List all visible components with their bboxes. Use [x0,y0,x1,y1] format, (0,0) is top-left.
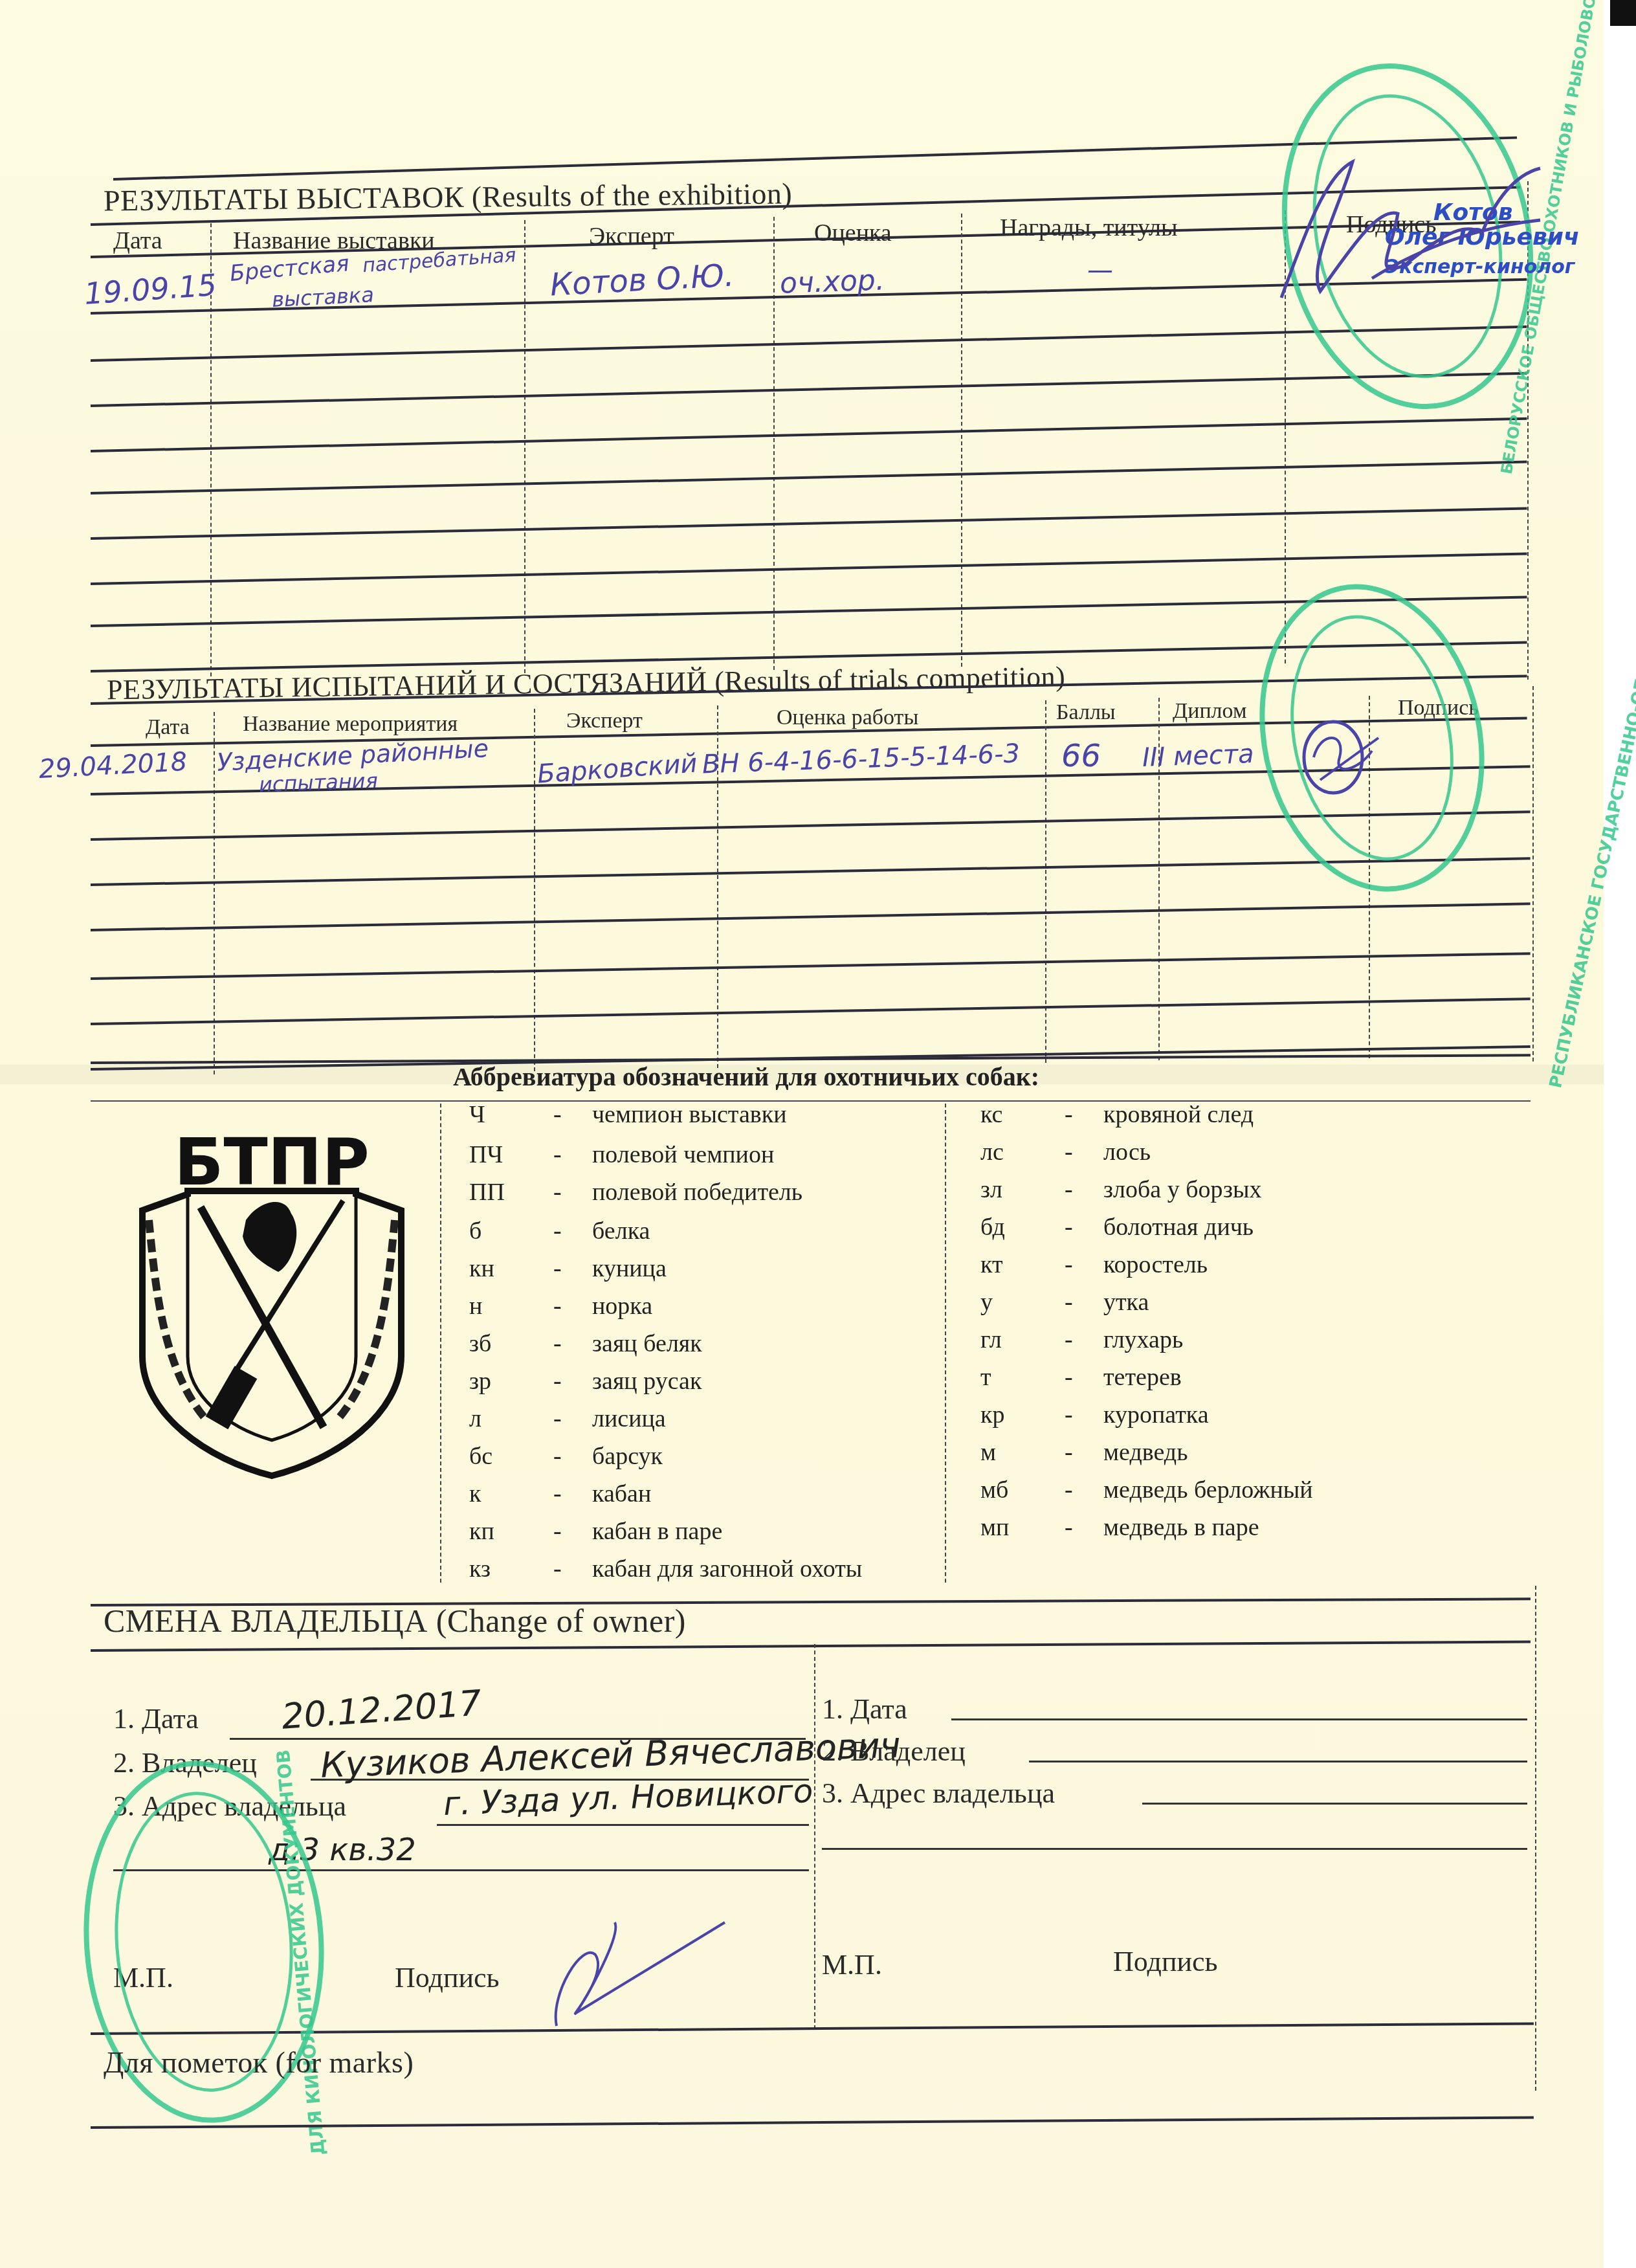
owner-signature [544,1916,738,2032]
abbr-item: кп-кабан в паре [469,1517,722,1546]
trial-name-line2: испытания [258,768,378,797]
abbr-item: ПЧ-полевой чемпион [469,1140,774,1169]
owner-line-2 [1029,1761,1527,1762]
section-border [91,1100,1531,1102]
col-divider [945,1104,946,1583]
abbr-item: ПП-полевой победитель [469,1178,802,1206]
col-divider [440,1104,441,1583]
signature-label-2: Подпись [1113,1945,1218,1978]
abbr-item: кн-куница [469,1254,667,1283]
abbr-item: лс-лось [980,1138,1151,1166]
col-diploma: Диплом [1173,699,1246,724]
abbreviations-title: Аббревиатура обозначений для охотничьих … [453,1062,1039,1092]
col-event-name: Название мероприятия [243,712,458,737]
abbr-item: зб-заяц беляк [469,1329,702,1358]
abbr-item: бс-барсук [469,1442,663,1471]
expert-signature [1268,149,1560,317]
col-divider [524,220,525,673]
change-of-owner-title: СМЕНА ВЛАДЕЛЬЦА (Change of owner) [104,1602,686,1640]
abbr-item: мп-медведь в паре [980,1513,1259,1542]
abbr-item: бд-болотная дичь [980,1213,1254,1241]
owner-label-2: 2. Владелец [822,1735,966,1768]
exhibition-grade: оч.хор. [779,263,885,300]
abbr-item: м-медведь [980,1438,1188,1467]
right-border [1535,1586,1536,2091]
col-grade: Оценка [814,219,892,247]
abbr-item: т-тетерев [980,1363,1182,1392]
col-date: Дата [113,227,162,255]
stamp-place-label-2: М.П. [822,1948,882,1981]
date-line-2 [951,1718,1527,1720]
address-line [437,1824,809,1826]
col-expert: Эксперт [566,709,643,733]
abbr-item: мб-медведь берложный [980,1476,1313,1504]
abbr-item: зл-злоба у борзых [980,1175,1262,1204]
marks-title: Для пометок (for marks) [104,2045,414,2080]
col-work-grade: Оценка работы [777,706,918,730]
col-expert: Эксперт [589,222,674,250]
col-divider [814,1644,815,2029]
abbr-item: кт-коростель [980,1251,1208,1279]
col-awards: Награды, титулы [1000,214,1178,242]
abbr-item: гл-глухарь [980,1326,1183,1354]
col-divider [961,214,962,667]
scan-corner [1610,0,1636,26]
abbr-item: зр-заяц русак [469,1367,702,1395]
abbr-item: к-кабан [469,1480,651,1508]
signature-label: Подпись [395,1961,500,1994]
page-edge [1604,0,1636,2268]
date-label: 1. Дата [113,1702,199,1735]
address-line-2c [822,1848,1527,1850]
trial-diploma: III места [1142,739,1254,773]
abbr-item: л-лисица [469,1405,666,1433]
abbr-item: кр-куропатка [980,1401,1209,1429]
abbr-item: н-норка [469,1292,652,1320]
abbr-item: Ч-чемпион выставки [469,1100,787,1129]
abbr-item: кз-кабан для загонной охоты [469,1555,862,1583]
exhibitions-title: РЕЗУЛЬТАТЫ ВЫСТАВОК (Results of the exhi… [104,176,793,217]
col-divider [773,217,775,670]
abbr-item: у-утка [980,1288,1149,1317]
address-line-2b [1142,1803,1527,1805]
exhibition-awards: — [1087,256,1113,285]
date-label-2: 1. Дата [822,1693,907,1726]
address-label-2: 3. Адрес владельца [822,1777,1055,1810]
table-right-edge [1532,686,1534,1062]
col-date: Дата [146,715,190,740]
btpr-logo: БТПР [129,1123,414,1485]
abbr-item: кс-кровяной след [980,1100,1254,1129]
trial-score: 66 [1061,738,1101,774]
col-score: Баллы [1056,700,1116,725]
abbr-item: б-белка [469,1217,650,1245]
col-exhibition-name: Название выставки [233,227,435,255]
